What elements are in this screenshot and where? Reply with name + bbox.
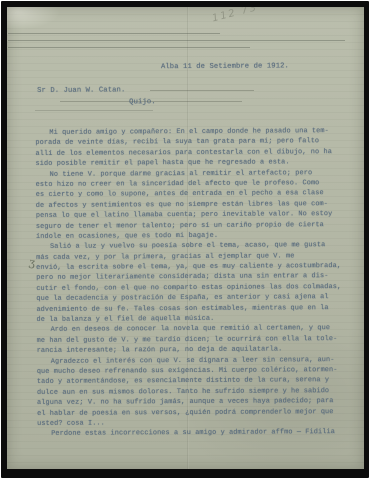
- recipient-location: Quijo.: [129, 98, 156, 106]
- letter-line: Perdone estas incorrecciones a su amigo …: [37, 427, 345, 439]
- pencil-annotation: 112 73: [211, 7, 259, 24]
- dateline: Alba 11 de Setiembre de 1912.: [161, 62, 289, 71]
- letter-paper: 112 73 Alba 11 de Setiembre de 1912. Sr …: [7, 7, 364, 469]
- letter-line: el hablar de poesía en sus versos, ¿quié…: [37, 407, 345, 419]
- recipient-name: Sr D. Juan W. Catan.: [37, 86, 125, 95]
- letter-body: Mi querido amigo y compañero: En el camp…: [35, 126, 345, 448]
- scanned-letter: 112 73 Alba 11 de Setiembre de 1912. Sr …: [0, 0, 370, 480]
- letter-content: 112 73 Alba 11 de Setiembre de 1912. Sr …: [7, 7, 364, 469]
- letter-line: Salió a luz y vuelvo su poesía sobre el …: [36, 240, 344, 252]
